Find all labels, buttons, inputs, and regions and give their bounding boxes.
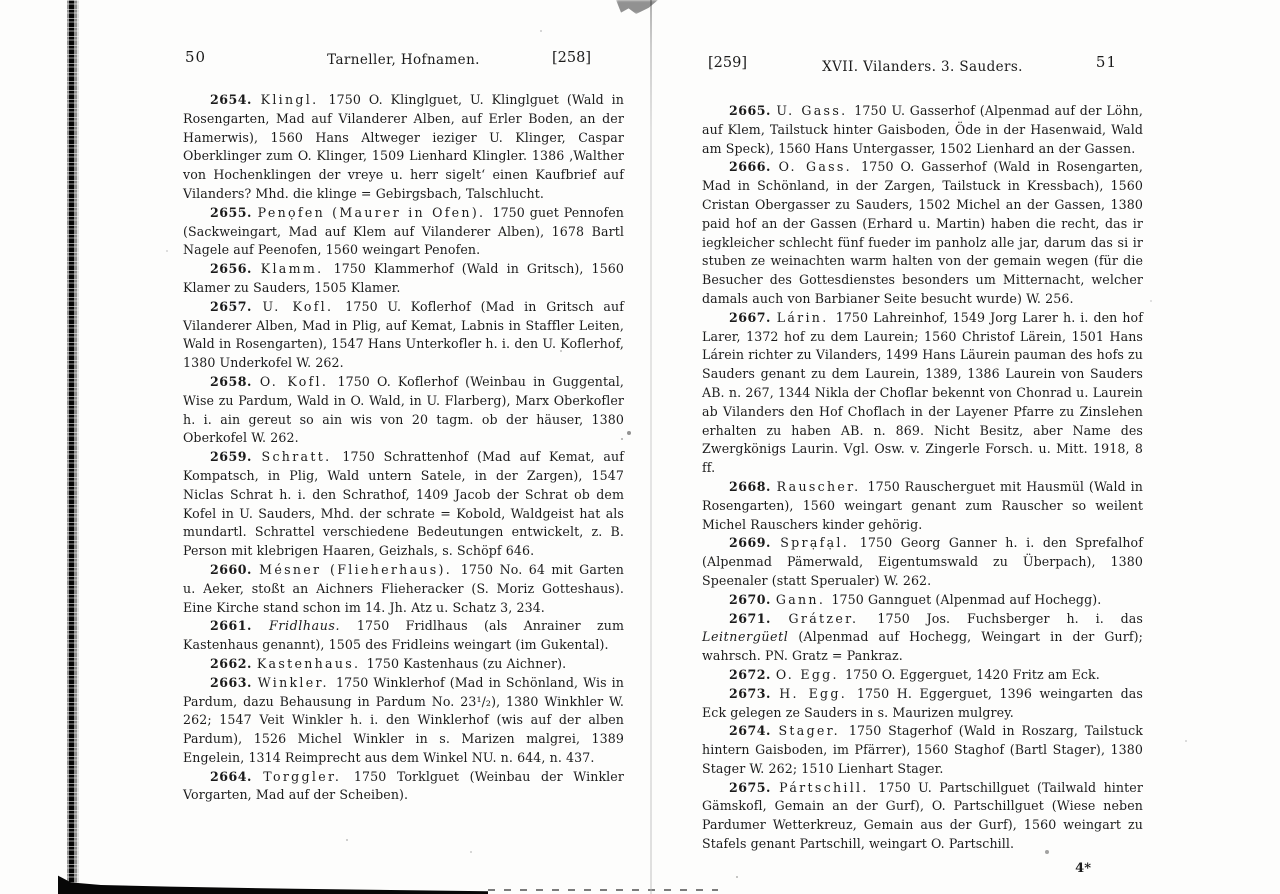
signature-mark: 4*	[702, 861, 1143, 876]
entry-headword: Mésner (Flieherhaus).	[259, 562, 461, 577]
entry-2664: 2664. Torggler. 1750 Torklguet (Weinbau …	[183, 768, 624, 806]
entry-headword: Rauscher.	[777, 479, 868, 494]
entry-2662: 2662. Kastenhaus. 1750 Kastenhaus (zu Ai…	[183, 655, 624, 674]
entry-2659: 2659. Schratt. 1750 Schrattenhof (Mad au…	[183, 448, 624, 561]
entry-number: 2656.	[210, 261, 261, 276]
entry-number: 2658.	[210, 374, 260, 389]
right-running-title: XVII. Vilanders. 3. Sauders.	[822, 59, 1023, 75]
entry-text: 1750 Gannguet (Alpenmad auf Hochegg).	[831, 592, 1101, 607]
entry-headword: Fridlhaus.	[269, 618, 357, 633]
right-page: [259] XVII. Vilanders. 3. Sauders. 51 26…	[702, 55, 1143, 876]
entry-2654: 2654. Klingl. 1750 O. Klinglguet, U. Kli…	[183, 91, 624, 204]
entry-2660: 2660. Mésner (Flieherhaus). 1750 No. 64 …	[183, 561, 624, 617]
left-page: 50 Tarneller, Hofnamen. [258] 2654. Klin…	[183, 48, 624, 805]
entry-2661: 2661. Fridlhaus. 1750 Fridlhaus (als Anr…	[183, 617, 624, 655]
entry-number: 2667.	[729, 310, 777, 325]
book-gutter-line	[650, 0, 652, 894]
entry-2667: 2667. Lárin. 1750 Lahreinhof, 1549 Jorg …	[702, 309, 1143, 478]
entry-headword: Kastenhaus.	[257, 656, 367, 671]
entry-text: 1750 O. Gasserhof (Wald in Rosengarten, …	[702, 159, 1143, 306]
entry-text-italic: Leitnergüetl	[702, 629, 788, 644]
entry-headword: Winkler.	[258, 675, 336, 690]
entry-number: 2673.	[729, 686, 779, 701]
scan-bottom-edge-artifact	[58, 874, 488, 894]
entry-headword: Klamm.	[261, 261, 334, 276]
entry-number: 2669.	[729, 535, 780, 550]
entry-headword: Grátzer.	[789, 611, 878, 626]
entry-headword: Gann.	[776, 592, 832, 607]
entry-text: 1750 Jos. Fuchsberger h. i. das	[877, 611, 1143, 626]
right-page-header: [259] XVII. Vilanders. 3. Sauders. 51	[702, 55, 1143, 77]
entry-headword: Schratt.	[262, 449, 343, 464]
scan-bottom-dashes-artifact	[488, 889, 718, 891]
entry-text: 1750 O. Eggerguet, 1420 Fritz am Eck.	[845, 667, 1100, 682]
entry-number: 2662.	[210, 656, 257, 671]
entry-text: 1750 Schrattenhof (Mad auf Kemat, auf Ko…	[183, 449, 624, 558]
entry-number: 2675.	[729, 780, 779, 795]
entry-headword: Torggler.	[263, 769, 354, 784]
left-page-header: 50 Tarneller, Hofnamen. [258]	[183, 48, 624, 70]
entry-text: 1750 O. Klinglguet, U. Klinglguet (Wald …	[183, 92, 624, 201]
entry-2657: 2657. U. Kofl. 1750 U. Koflerhof (Mad in…	[183, 298, 624, 373]
entry-text: 1750 Lahreinhof, 1549 Jorg Larer h. i. d…	[702, 310, 1143, 475]
entry-2672: 2672. O. Egg. 1750 O. Eggerguet, 1420 Fr…	[702, 666, 1143, 685]
scanned-book-spread: { "left_page": { "page_number": "50", "r…	[0, 0, 1280, 894]
entry-headword: O. Kofl.	[260, 374, 338, 389]
entry-number: 2665.	[729, 103, 776, 118]
entry-headword: U. Gass.	[776, 103, 854, 118]
entry-headword: Klingl.	[261, 92, 329, 107]
scan-dust-specks	[0, 0, 2, 2]
entry-number: 2671.	[729, 611, 789, 626]
entry-headword: O. Gass.	[779, 159, 861, 174]
entry-2665: 2665. U. Gass. 1750 U. Gasserhof (Alpenm…	[702, 102, 1143, 158]
entry-2674: 2674. Stager. 1750 Stagerhof (Wald in Ro…	[702, 722, 1143, 778]
entry-2656: 2656. Klamm. 1750 Klammerhof (Wald in Gr…	[183, 260, 624, 298]
right-column-number: [259]	[708, 55, 747, 71]
entry-number: 2657.	[210, 299, 262, 314]
left-running-title: Tarneller, Hofnamen.	[327, 52, 480, 68]
entry-2673: 2673. H. Egg. 1750 H. Eggerguet, 1396 we…	[702, 685, 1143, 723]
entry-text: 1750 Kastenhaus (zu Aichner).	[367, 656, 567, 671]
left-page-body: 2654. Klingl. 1750 O. Klinglguet, U. Kli…	[183, 91, 624, 805]
entry-headword: Stager.	[778, 723, 848, 738]
entry-number: 2663.	[210, 675, 258, 690]
left-column-number: [258]	[552, 50, 591, 66]
entry-number: 2661.	[210, 618, 269, 633]
entry-headword: H. Egg.	[779, 686, 857, 701]
entry-number: 2654.	[210, 92, 261, 107]
entry-headword: Pártschill.	[779, 780, 878, 795]
right-page-number: 51	[1096, 53, 1117, 71]
entry-number: 2674.	[729, 723, 778, 738]
entry-2663: 2663. Winkler. 1750 Winklerhof (Mad in S…	[183, 674, 624, 768]
entry-2668: 2668. Rauscher. 1750 Rauscherguet mit Ha…	[702, 478, 1143, 534]
entry-2671: 2671. Grátzer. 1750 Jos. Fuchsberger h. …	[702, 610, 1143, 666]
entry-2666: 2666. O. Gass. 1750 O. Gasserhof (Wald i…	[702, 158, 1143, 308]
entry-headword: Sprạfạl.	[780, 535, 860, 550]
entry-number: 2672.	[729, 667, 776, 682]
entry-2669: 2669. Sprạfạl. 1750 Georg Ganner h. i. d…	[702, 534, 1143, 590]
scan-left-edge-artifact	[65, 0, 80, 894]
entry-number: 2659.	[210, 449, 262, 464]
entry-number: 2666.	[729, 159, 779, 174]
entry-2670: 2670. Gann. 1750 Gannguet (Alpenmad auf …	[702, 591, 1143, 610]
entry-2658: 2658. O. Kofl. 1750 O. Koflerhof (Weinba…	[183, 373, 624, 448]
entry-headword: Penọfen (Maurer in Ofen).	[258, 205, 493, 220]
entry-2675: 2675. Pártschill. 1750 U. Partschillguet…	[702, 779, 1143, 854]
entry-number: 2660.	[210, 562, 259, 577]
entry-number: 2670.	[729, 592, 776, 607]
right-page-body: 2665. U. Gass. 1750 U. Gasserhof (Alpenm…	[702, 102, 1143, 854]
entry-number: 2664.	[210, 769, 263, 784]
entry-2655: 2655. Penọfen (Maurer in Ofen). 1750 gue…	[183, 204, 624, 260]
entry-headword: U. Kofl.	[262, 299, 345, 314]
entry-number: 2655.	[210, 205, 258, 220]
left-page-number: 50	[185, 48, 206, 66]
entry-headword: O. Egg.	[776, 667, 845, 682]
entry-headword: Lárin.	[777, 310, 836, 325]
entry-number: 2668.	[729, 479, 777, 494]
